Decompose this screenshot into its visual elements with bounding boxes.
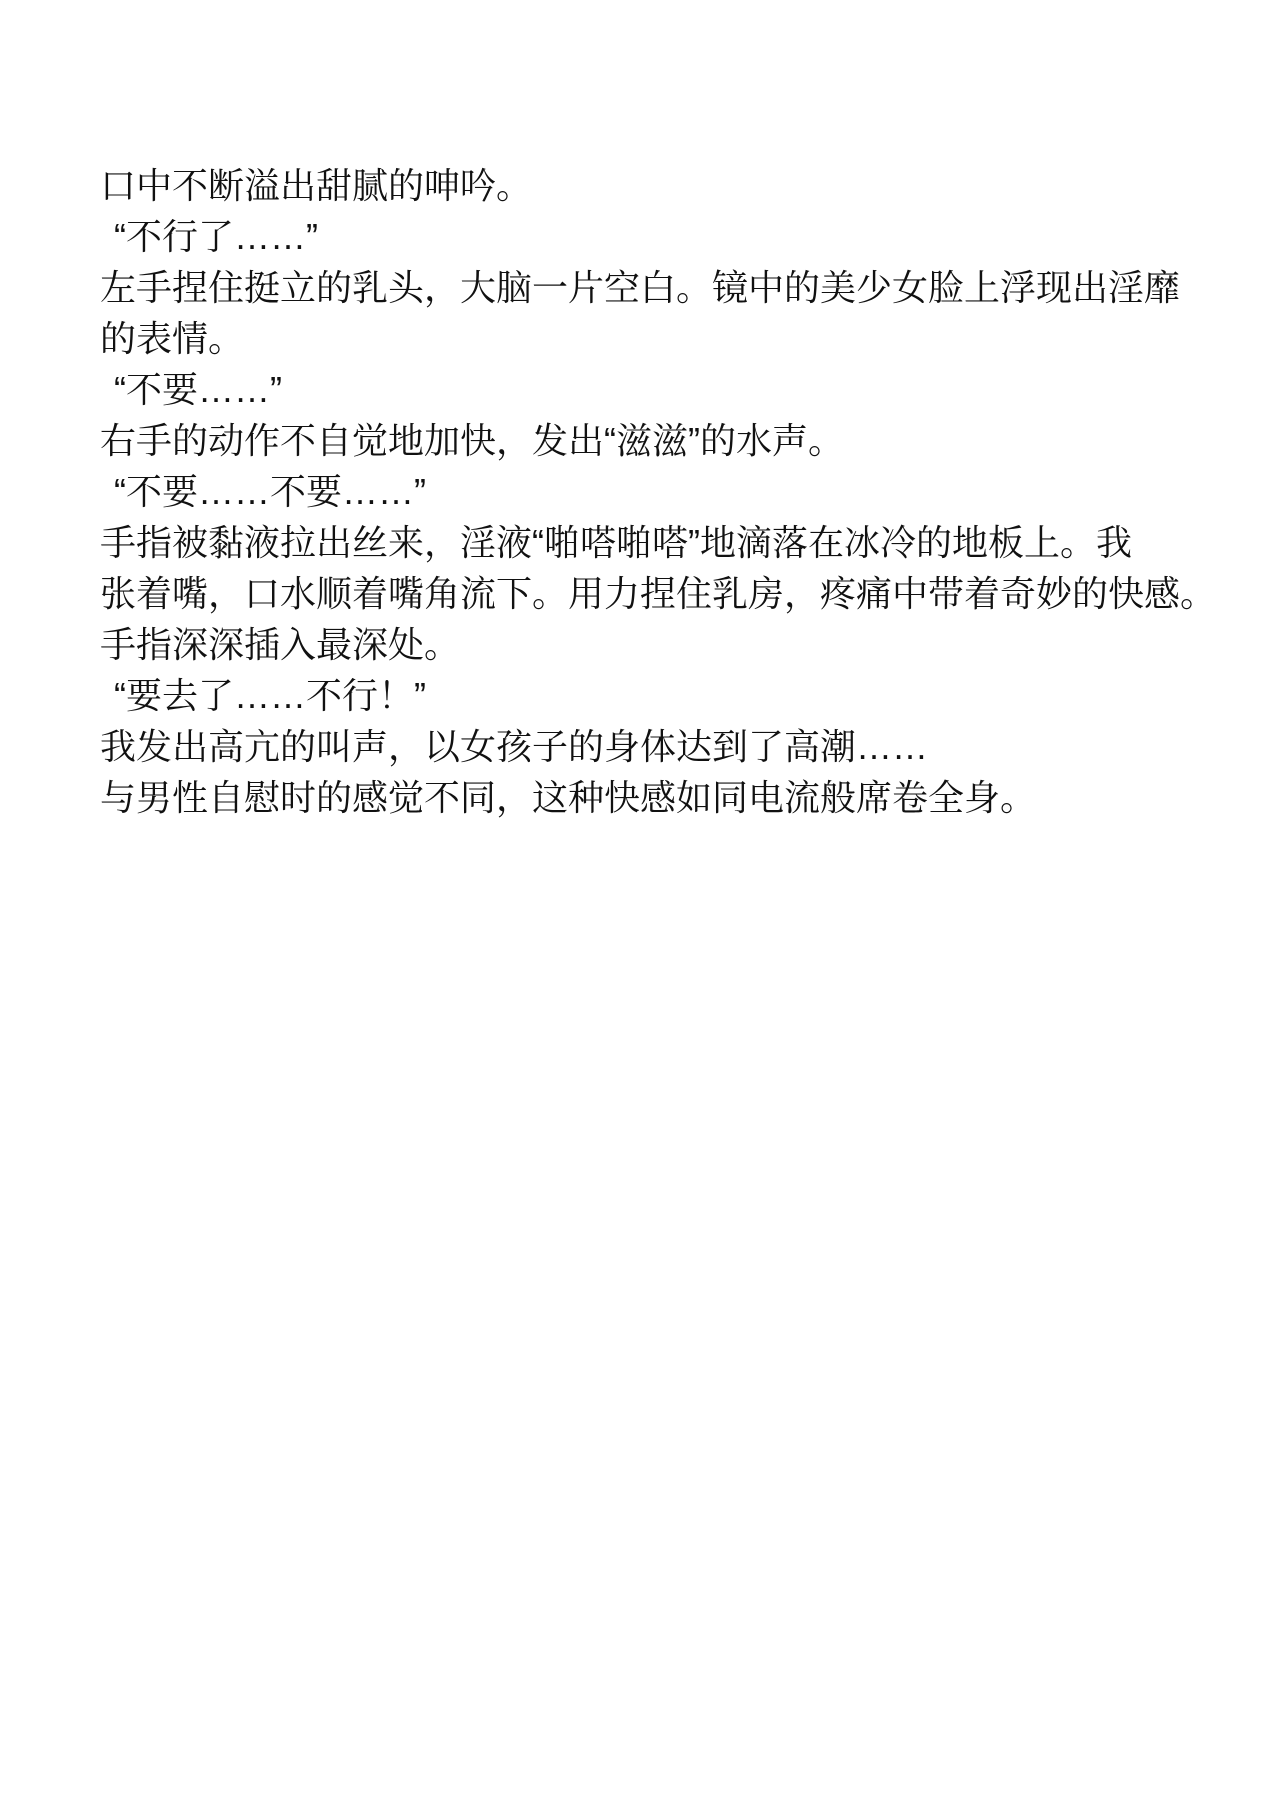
text-line-1: 口中不断溢出甜腻的呻吟。 (100, 160, 1185, 211)
text-line-5: “不要……” (100, 364, 1185, 415)
text-line-9: 张着嘴，口水顺着嘴角流下。用力捏住乳房，疼痛中带着奇妙的快感。 (100, 568, 1185, 619)
text-block: 口中不断溢出甜腻的呻吟。 “不行了……” 左手捏住挺立的乳头，大脑一片空白。镜中… (100, 160, 1185, 823)
text-line-6: 右手的动作不自觉地加快，发出“滋滋”的水声。 (100, 415, 1185, 466)
text-line-2: “不行了……” (100, 211, 1185, 262)
text-line-12: 我发出高亢的叫声，以女孩子的身体达到了高潮…… (100, 721, 1185, 772)
text-line-13: 与男性自慰时的感觉不同，这种快感如同电流般席卷全身。 (100, 772, 1185, 823)
text-line-7: “不要……不要……” (100, 466, 1185, 517)
text-line-4: 的表情。 (100, 313, 1185, 364)
text-line-10: 手指深深插入最深处。 (100, 619, 1185, 670)
text-line-8: 手指被黏液拉出丝来，淫液“啪嗒啪嗒”地滴落在冰冷的地板上。我 (100, 517, 1185, 568)
document-page: 口中不断溢出甜腻的呻吟。 “不行了……” 左手捏住挺立的乳头，大脑一片空白。镜中… (0, 0, 1280, 1810)
text-line-3: 左手捏住挺立的乳头，大脑一片空白。镜中的美少女脸上浮现出淫靡 (100, 262, 1185, 313)
text-line-11: “要去了……不行！” (100, 670, 1185, 721)
